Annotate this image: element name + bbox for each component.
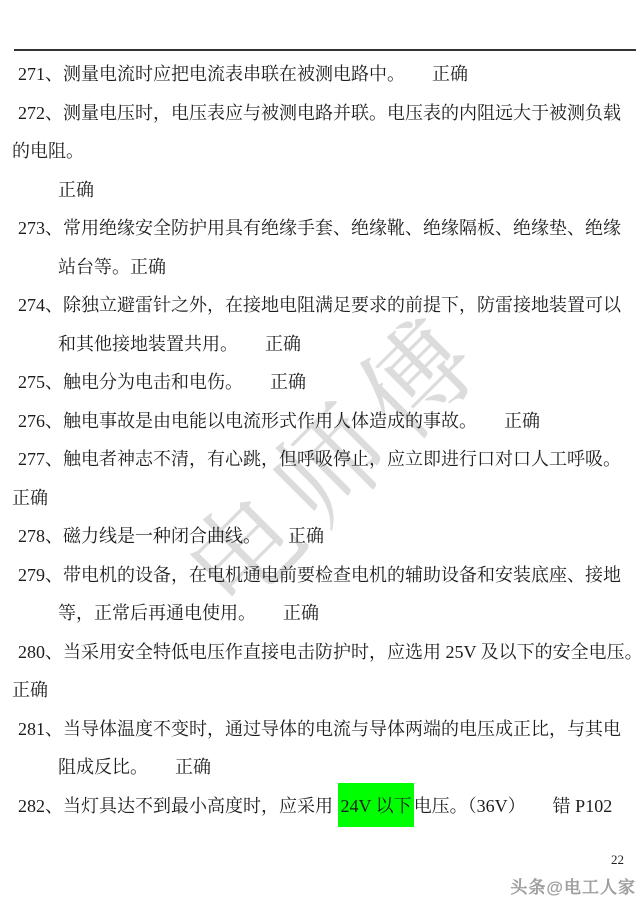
line-text: 280、当采用安全特低电压作直接电击防护时，应选用 25V 及以下的安全电压。 [18,638,640,664]
text-line: 280、当采用安全特低电压作直接电击防护时，应选用 25V 及以下的安全电压。 [0,632,640,671]
line-text: 271、测量电流时应把电流表串联在被测电路中。 正确 [18,60,468,86]
line-text: 电压。（36V） 错 P102 [414,792,613,818]
line-text: 等，正常后再通电使用。 正确 [58,599,319,625]
text-line: 等，正常后再通电使用。 正确 [0,593,640,632]
text-line: 281、当导体温度不变时，通过导体的电流与导体两端的电压成正比，与其电 [0,709,640,748]
text-line: 277、触电者神志不清，有心跳，但呼吸停止，应立即进行口对口人工呼吸。 [0,439,640,478]
line-text: 正确 [12,676,48,702]
line-text: 281、当导体温度不变时，通过导体的电流与导体两端的电压成正比，与其电 [18,715,621,741]
highlighted-text: 24V 以下 [338,783,414,827]
text-line: 276、触电事故是由电能以电流形式作用人体造成的事故。 正确 [0,401,640,440]
line-text: 正确 [58,176,94,202]
question-lines: 271、测量电流时应把电流表串联在被测电路中。 正确272、测量电压时，电压表应… [0,54,640,824]
line-text: 279、带电机的设备，在电机通电前要检查电机的辅助设备和安装底座、接地 [18,561,621,587]
page-number: 22 [611,852,624,868]
text-line: 275、触电分为电击和电伤。 正确 [0,362,640,401]
line-text: 273、常用绝缘安全防护用具有绝缘手套、绝缘靴、绝缘隔板、绝缘垫、绝缘 [18,214,621,240]
text-line: 和其他接地装置共用。 正确 [0,324,640,363]
text-line: 的电阻。 [0,131,640,170]
text-line: 271、测量电流时应把电流表串联在被测电路中。 正确 [0,54,640,93]
line-text: 和其他接地装置共用。 正确 [58,330,301,356]
text-line: 274、除独立避雷针之外，在接地电阻满足要求的前提下，防雷接地装置可以 [0,285,640,324]
line-text: 272、测量电压时，电压表应与被测电路并联。电压表的内阻远大于被测负载 [18,99,621,125]
line-text: 正确 [12,484,48,510]
text-line: 正确 [0,670,640,709]
text-line: 278、磁力线是一种闭合曲线。 正确 [0,516,640,555]
text-line: 282、当灯具达不到最小高度时，应采用 24V 以下电压。（36V） 错 P10… [0,786,640,825]
line-text: 275、触电分为电击和电伤。 正确 [18,368,306,394]
line-text: 282、当灯具达不到最小高度时，应采用 [18,792,338,818]
footer-brand-watermark: 头条@电工人家 [510,873,636,898]
text-line: 正确 [0,170,640,209]
line-text: 的电阻。 [12,137,84,163]
text-line: 272、测量电压时，电压表应与被测电路并联。电压表的内阻远大于被测负载 [0,93,640,132]
text-line: 279、带电机的设备，在电机通电前要检查电机的辅助设备和安装底座、接地 [0,555,640,594]
header-rule [14,49,636,51]
line-text: 阻成反比。 正确 [58,753,211,779]
line-text: 站台等。正确 [58,253,166,279]
text-line: 273、常用绝缘安全防护用具有绝缘手套、绝缘靴、绝缘隔板、绝缘垫、绝缘 [0,208,640,247]
line-text: 274、除独立避雷针之外，在接地电阻满足要求的前提下，防雷接地装置可以 [18,291,621,317]
text-line: 阻成反比。 正确 [0,747,640,786]
text-line: 正确 [0,478,640,517]
text-line: 站台等。正确 [0,247,640,286]
line-text: 276、触电事故是由电能以电流形式作用人体造成的事故。 正确 [18,407,540,433]
document-page: 电师傅 271、测量电流时应把电流表串联在被测电路中。 正确272、测量电压时，… [0,0,640,909]
line-text: 277、触电者神志不清，有心跳，但呼吸停止，应立即进行口对口人工呼吸。 [18,445,621,471]
line-text: 278、磁力线是一种闭合曲线。 正确 [18,522,324,548]
